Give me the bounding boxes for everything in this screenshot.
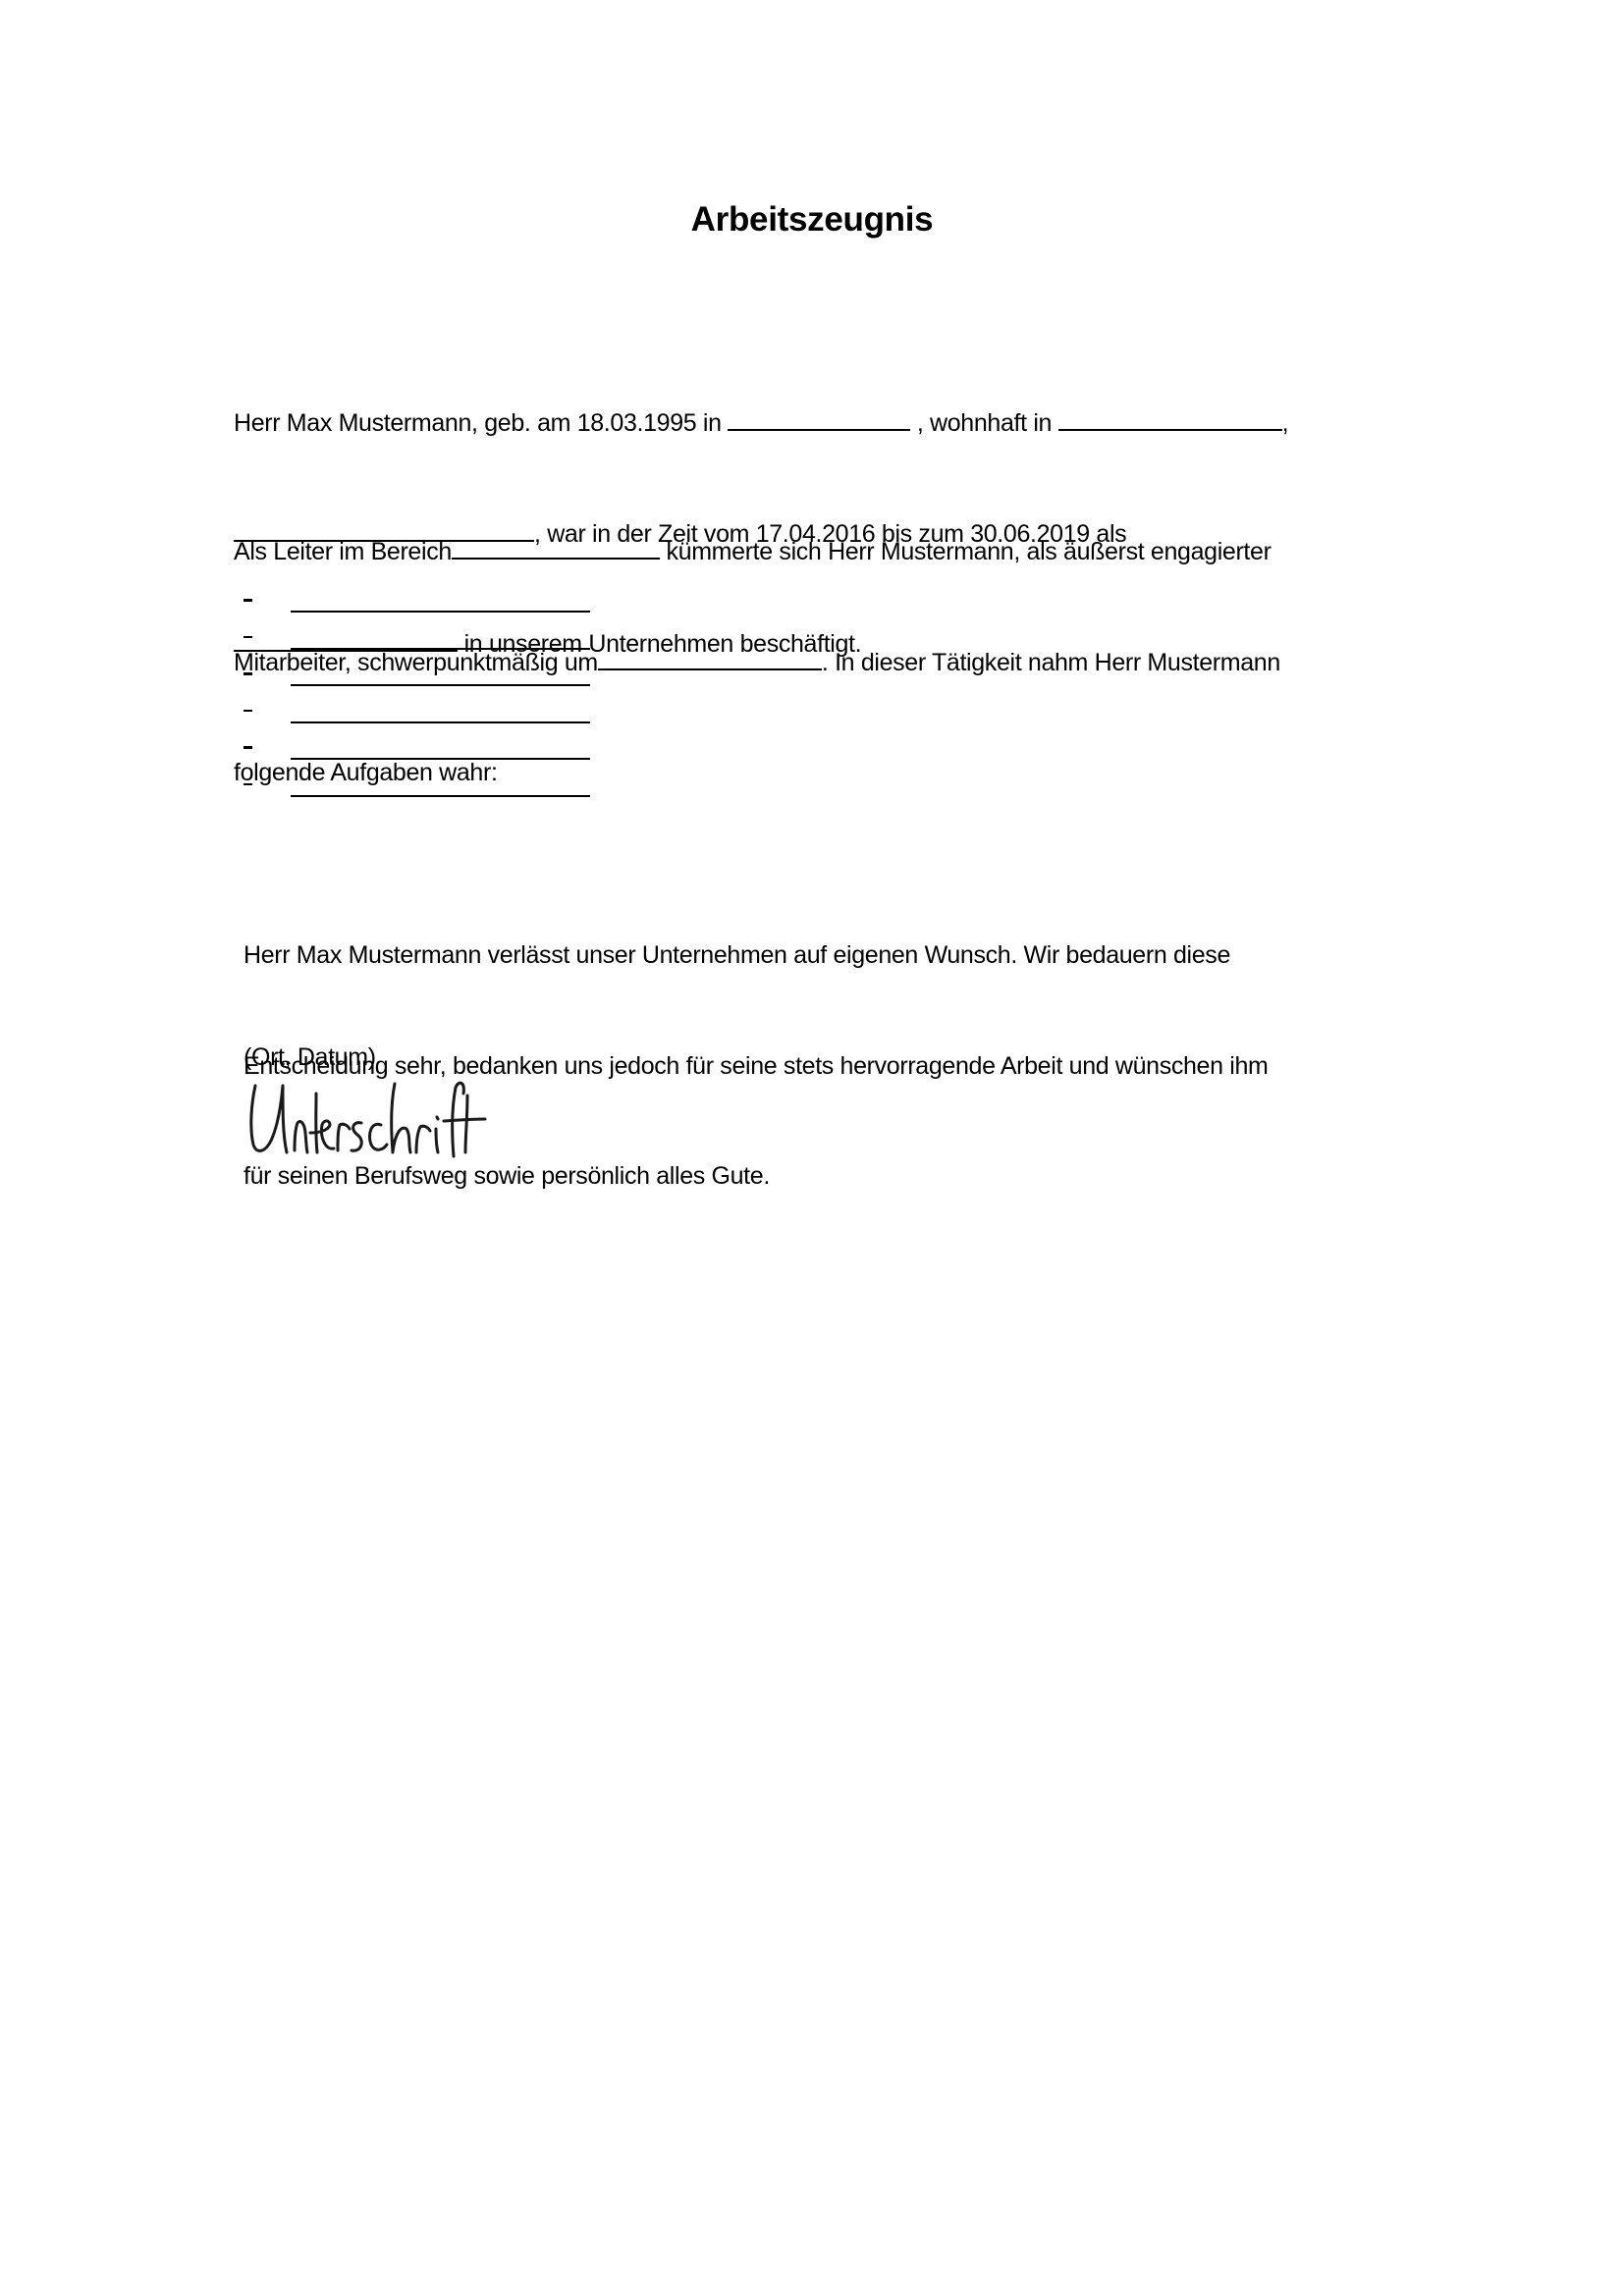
role-line-2: Mitarbeiter, schwerpunktmäßig um. In die… [234, 645, 1280, 682]
signature-image [244, 1074, 489, 1162]
birthplace-blank[interactable] [728, 405, 910, 431]
place-date-label: (Ort, Datum) [244, 1040, 376, 1077]
role-line-3: folgende Aufgaben wahr: [234, 755, 1280, 792]
closing-line-1: Herr Max Mustermann verlässt unser Unter… [244, 937, 1269, 975]
dash-bullet-icon [244, 636, 252, 639]
role-paragraph: Als Leiter im Bereich kümmerte sich Herr… [234, 460, 1280, 866]
role-line-1: Als Leiter im Bereich kümmerte sich Herr… [234, 534, 1280, 571]
task-blank[interactable] [291, 648, 590, 650]
dash-bullet-icon [244, 710, 252, 713]
document-title: Arbeitszeugnis [0, 196, 1624, 243]
task-blank[interactable] [291, 684, 590, 686]
dash-bullet-icon [244, 672, 252, 675]
task-blank[interactable] [291, 795, 590, 797]
task-blank[interactable] [291, 611, 590, 613]
intro-line-1: Herr Max Mustermann, geb. am 18.03.1995 … [234, 405, 1288, 443]
dash-bullet-icon [244, 783, 252, 786]
residence-blank[interactable] [1058, 405, 1282, 431]
focus-area-blank[interactable] [598, 645, 822, 670]
document-page: Arbeitszeugnis Herr Max Mustermann, geb.… [0, 0, 1624, 2296]
task-blank[interactable] [291, 758, 590, 760]
task-blank[interactable] [291, 721, 590, 723]
dash-bullet-icon [244, 599, 252, 602]
dash-bullet-icon [244, 746, 252, 749]
closing-line-3: für seinen Berufsweg sowie persönlich al… [244, 1158, 1269, 1196]
closing-paragraph: Herr Max Mustermann verlässt unser Unter… [244, 864, 1269, 1269]
department-blank[interactable] [452, 534, 660, 560]
